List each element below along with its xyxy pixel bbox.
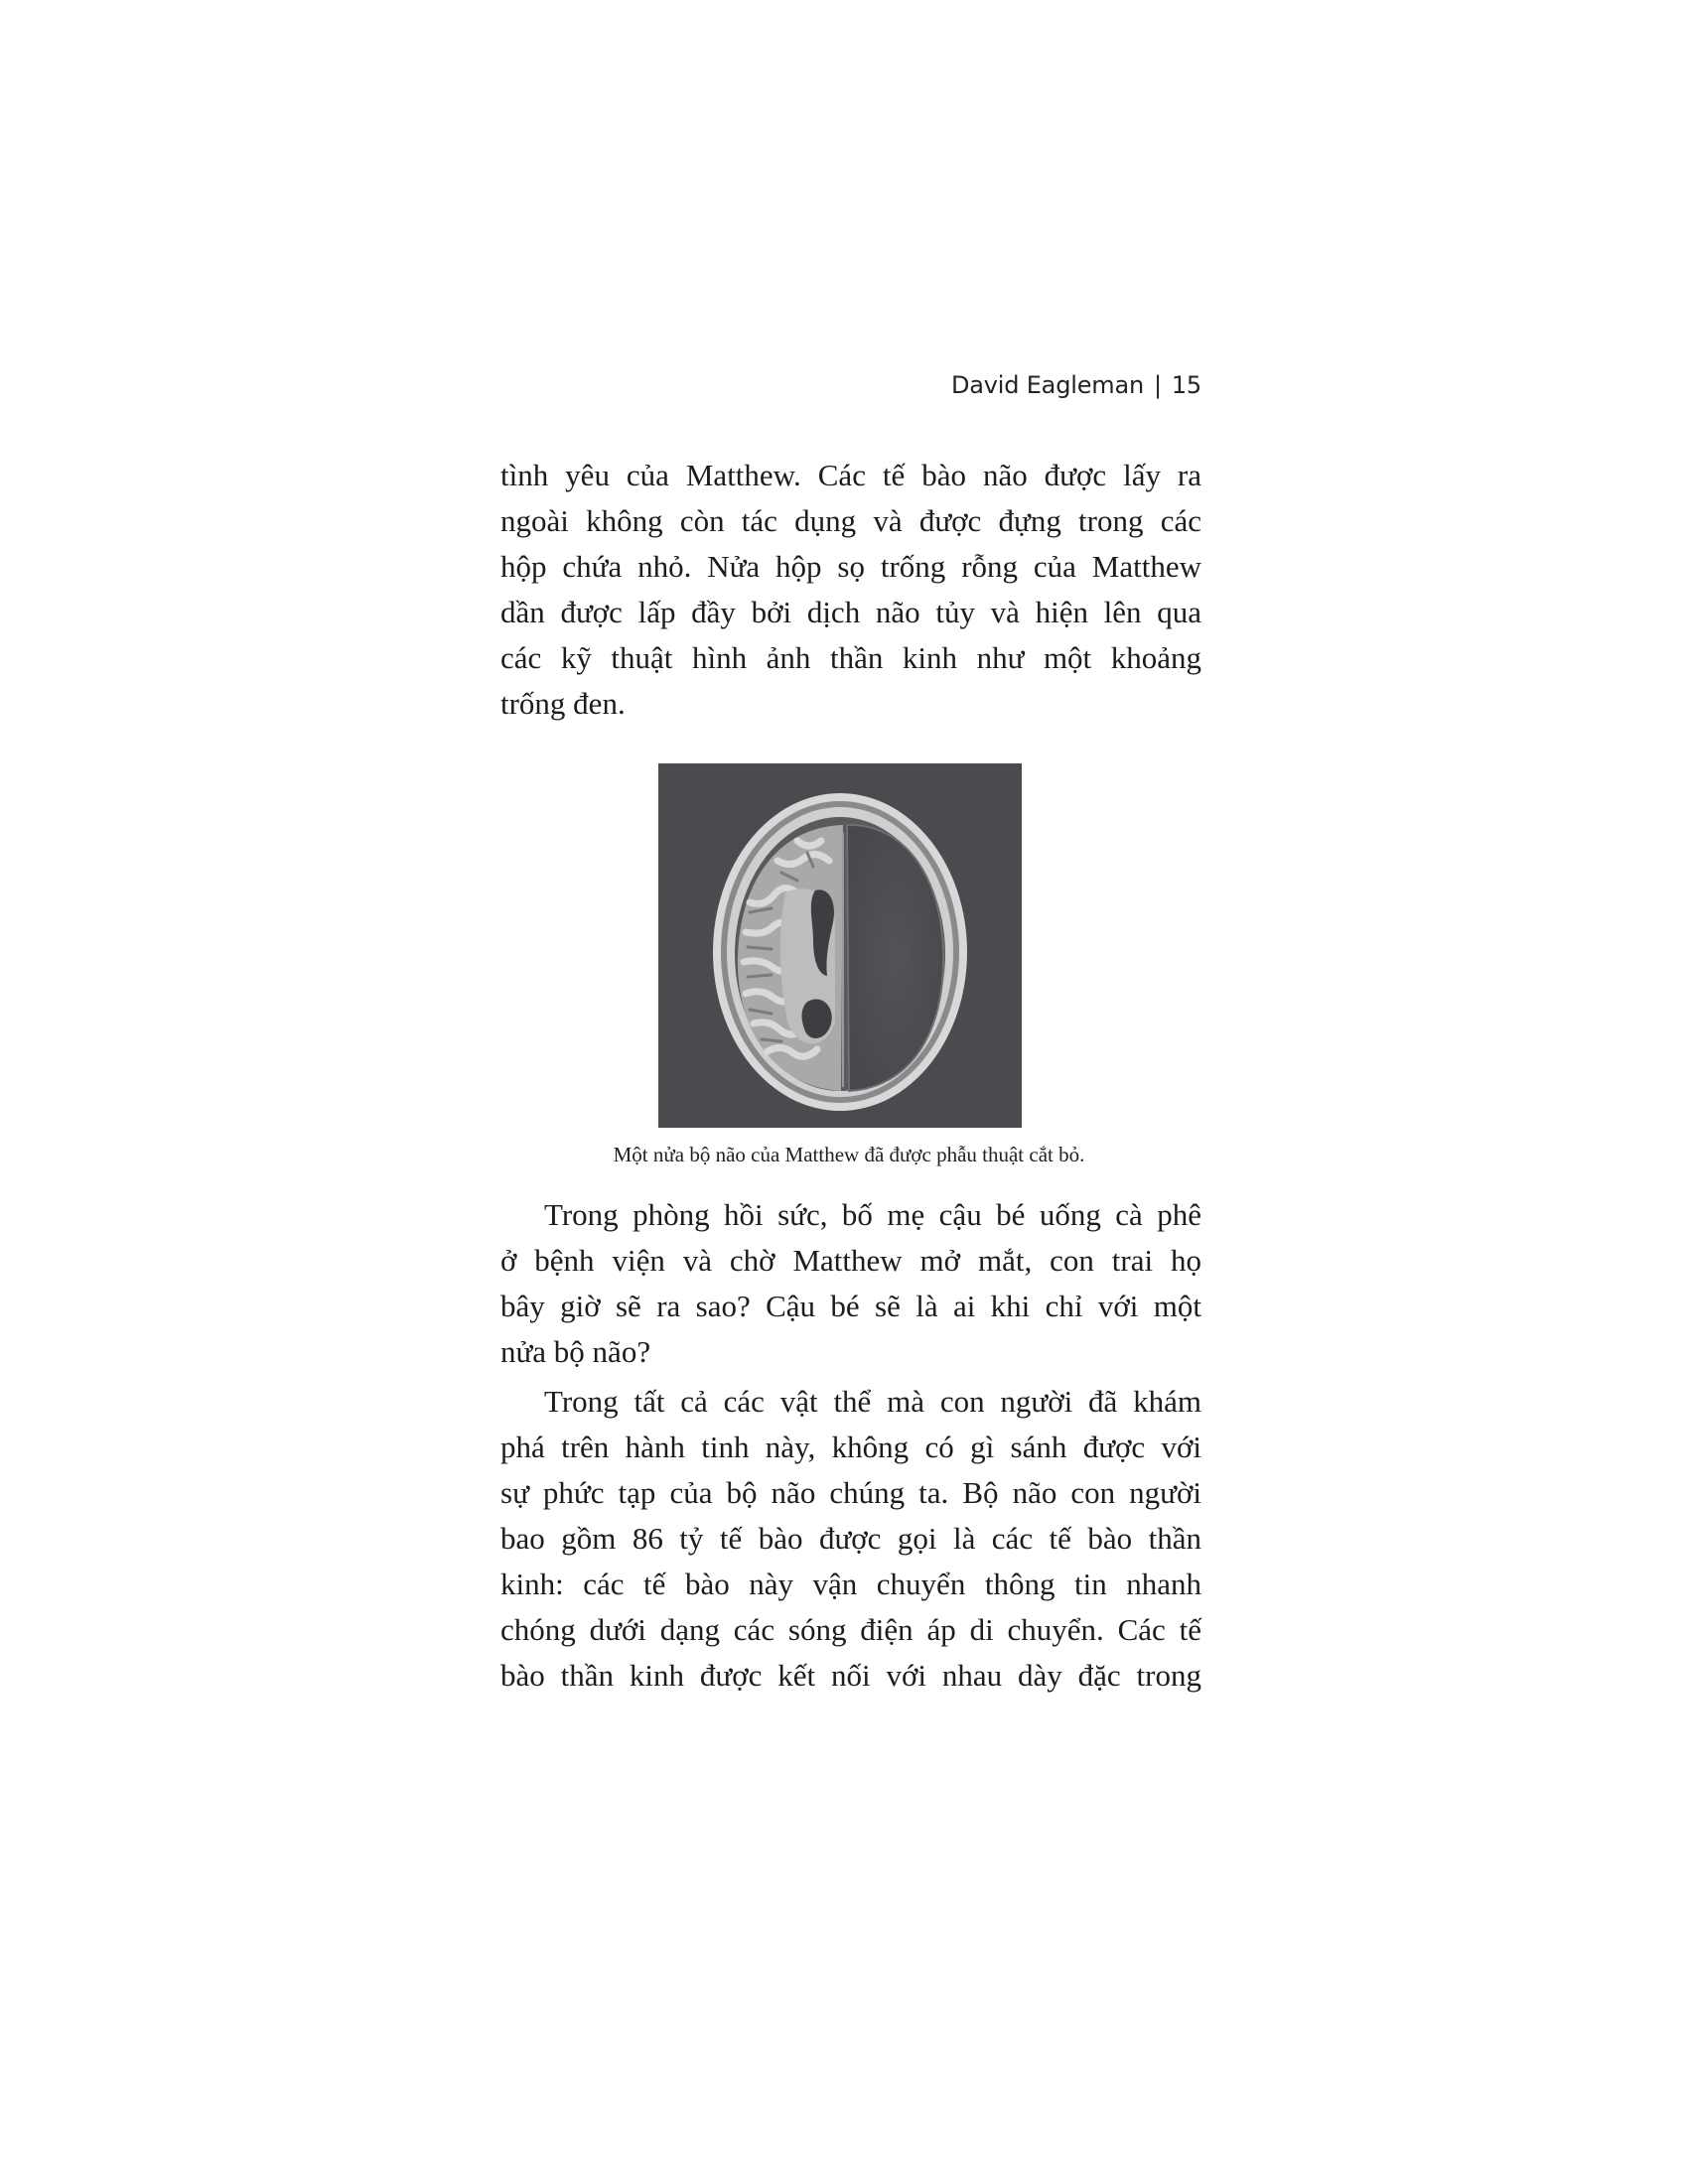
brain-scan-illustration	[658, 763, 1022, 1128]
text-line: hộp chứa nhỏ. Nửa hộp sọ trống rỗng của …	[500, 544, 1201, 590]
paragraph: Trong phòng hồi sức, bố mẹ cậu bé uống c…	[500, 1192, 1201, 1375]
page-number: 15	[1172, 371, 1201, 399]
running-header: David Eagleman|15	[939, 369, 1201, 401]
text-line: nửa bộ não?	[500, 1329, 1201, 1375]
paragraph: Trong tất cả các vật thể mà con người đã…	[500, 1379, 1201, 1699]
text-line: bào thần kinh được kết nối với nhau dày …	[500, 1653, 1201, 1699]
text-line: tình yêu của Matthew. Các tế bào não đượ…	[500, 453, 1201, 498]
text-line: kinh: các tế bào này vận chuyển thông ti…	[500, 1562, 1201, 1607]
text-line: phá trên hành tinh này, không có gì sánh…	[500, 1425, 1201, 1470]
text-line: trống đen.	[500, 681, 1201, 727]
text-line: bao gồm 86 tỷ tế bào được gọi là các tế …	[500, 1516, 1201, 1562]
author-name: David Eagleman	[951, 371, 1144, 399]
mri-brain-scan-image	[658, 763, 1022, 1128]
text-line: bây giờ sẽ ra sao? Cậu bé sẽ là ai khi c…	[500, 1284, 1201, 1329]
paragraph-continuation: tình yêu của Matthew. Các tế bào não đượ…	[500, 453, 1201, 727]
text-line: Trong phòng hồi sức, bố mẹ cậu bé uống c…	[500, 1192, 1201, 1238]
text-line: sự phức tạp của bộ não chúng ta. Bộ não …	[500, 1470, 1201, 1516]
text-line: Trong tất cả các vật thể mà con người đã…	[500, 1379, 1201, 1425]
figure-caption: Một nửa bộ não của Matthew đã được phẫu …	[496, 1140, 1201, 1169]
text-line: ở bệnh viện và chờ Matthew mở mắt, con t…	[500, 1238, 1201, 1284]
text-line: các kỹ thuật hình ảnh thần kinh như một …	[500, 635, 1201, 681]
text-line: ngoài không còn tác dụng và được đựng tr…	[500, 498, 1201, 544]
header-separator: |	[1154, 369, 1162, 401]
text-line: chóng dưới dạng các sóng điện áp di chuy…	[500, 1607, 1201, 1653]
text-line: dần được lấp đầy bởi dịch não tủy và hiệ…	[500, 590, 1201, 635]
